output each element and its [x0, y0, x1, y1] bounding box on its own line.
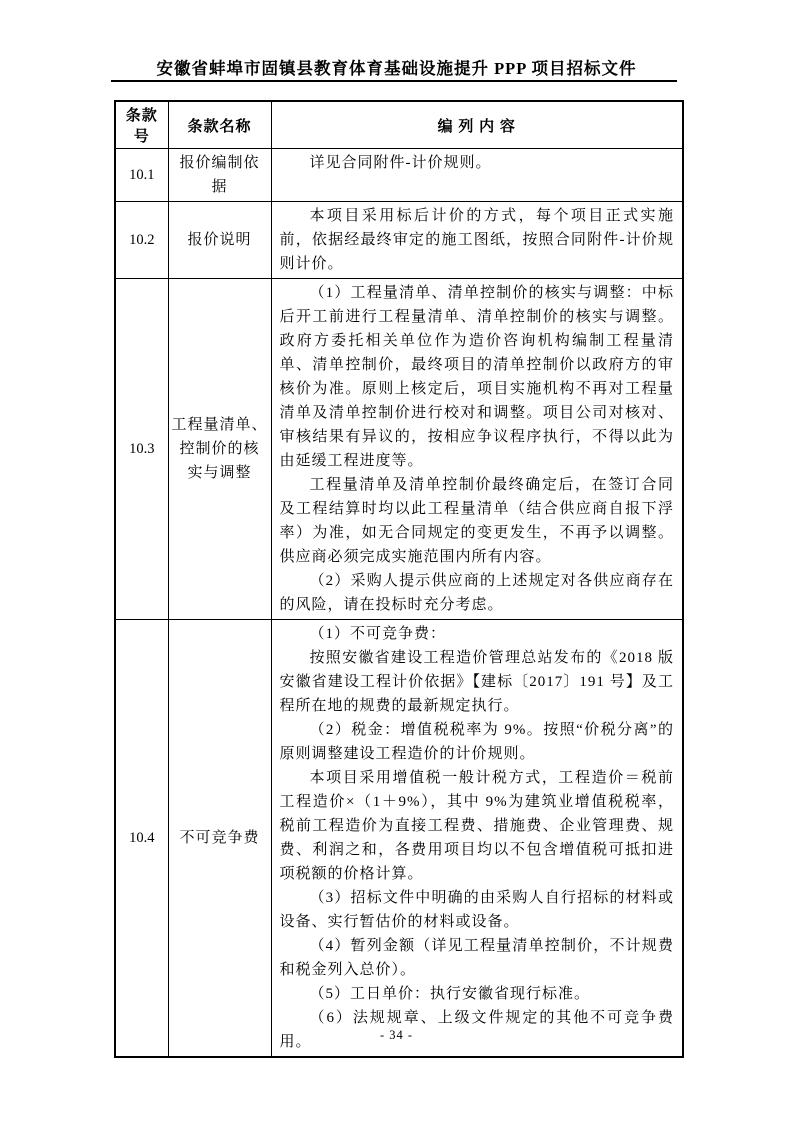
header-cell-clause-number: 条款 号 — [115, 101, 168, 149]
content-paragraph: 详见合同附件-计价规则。 — [280, 151, 675, 175]
content-paragraph: （2）采购人提示供应商的上述规定对各供应商存在的风险，请在投标时充分考虑。 — [280, 569, 675, 617]
document-header-title: 安徽省蚌埠市固镇县教育体育基础设施提升 PPP 项目招标文件 — [0, 55, 793, 79]
content-paragraph: 本项目采用增值税一般计税方式，工程造价＝税前工程造价×（1＋9%），其中 9%为… — [280, 766, 675, 886]
document-page: 安徽省蚌埠市固镇县教育体育基础设施提升 PPP 项目招标文件 条款 号 条款名称… — [0, 0, 793, 1122]
content-paragraph: （4）暂列金额（详见工程量清单控制价，不计规费和税金列入总价）。 — [280, 934, 675, 982]
clause-number: 10.3 — [115, 279, 168, 620]
clause-row: 10.1报价编制依 据详见合同附件-计价规则。 — [115, 149, 683, 202]
clause-table-body: 10.1报价编制依 据详见合同附件-计价规则。10.2报价说明本项目采用标后计价… — [115, 149, 683, 1058]
clause-content: 详见合同附件-计价规则。 — [271, 149, 683, 202]
footer-page-number: - 34 - — [0, 1028, 793, 1043]
clause-number: 10.4 — [115, 620, 168, 1058]
clause-table: 条款 号 条款名称 编 列 内 容 10.1报价编制依 据详见合同附件-计价规则… — [114, 100, 684, 1058]
content-paragraph: 本项目采用标后计价的方式，每个项目正式实施前，依据经最终审定的施工图纸，按照合同… — [280, 204, 675, 276]
clause-row: 10.3工程量清单、 控制价的核 实与调整（1）工程量清单、清单控制价的核实与调… — [115, 279, 683, 620]
clause-name: 报价编制依 据 — [168, 149, 271, 202]
clause-name: 工程量清单、 控制价的核 实与调整 — [168, 279, 271, 620]
clause-row: 10.4不可竞争费（1）不可竞争费：按照安徽省建设工程造价管理总站发布的《201… — [115, 620, 683, 1058]
content-paragraph: （3）招标文件中明确的由采购人自行招标的材料或设备、实行暂估价的材料或设备。 — [280, 886, 675, 934]
content-paragraph: 按照安徽省建设工程造价管理总站发布的《2018 版安徽省建设工程计价依据》【建标… — [280, 646, 675, 718]
header-cell-content: 编 列 内 容 — [271, 101, 683, 149]
clause-number: 10.1 — [115, 149, 168, 202]
clause-content: （1）工程量清单、清单控制价的核实与调整：中标后开工前进行工程量清单、清单控制价… — [271, 279, 683, 620]
clause-content: （1）不可竞争费：按照安徽省建设工程造价管理总站发布的《2018 版安徽省建设工… — [271, 620, 683, 1058]
header-rule — [111, 80, 677, 82]
content-paragraph: （1）工程量清单、清单控制价的核实与调整：中标后开工前进行工程量清单、清单控制价… — [280, 281, 675, 473]
clause-content: 本项目采用标后计价的方式，每个项目正式实施前，依据经最终审定的施工图纸，按照合同… — [271, 202, 683, 279]
clause-name: 不可竞争费 — [168, 620, 271, 1058]
content-paragraph: （2）税金：增值税税率为 9%。按照“价税分离”的原则调整建设工程造价的计价规则… — [280, 718, 675, 766]
content-paragraph: 工程量清单及清单控制价最终确定后，在签订合同及工程结算时均以此工程量清单（结合供… — [280, 473, 675, 569]
clause-row: 10.2报价说明本项目采用标后计价的方式，每个项目正式实施前，依据经最终审定的施… — [115, 202, 683, 279]
header-cell-clause-name: 条款名称 — [168, 101, 271, 149]
content-paragraph: （5）工日单价：执行安徽省现行标准。 — [280, 982, 675, 1006]
content-paragraph: （1）不可竞争费： — [280, 622, 675, 646]
table-header-row: 条款 号 条款名称 编 列 内 容 — [115, 101, 683, 149]
clause-name: 报价说明 — [168, 202, 271, 279]
clause-number: 10.2 — [115, 202, 168, 279]
